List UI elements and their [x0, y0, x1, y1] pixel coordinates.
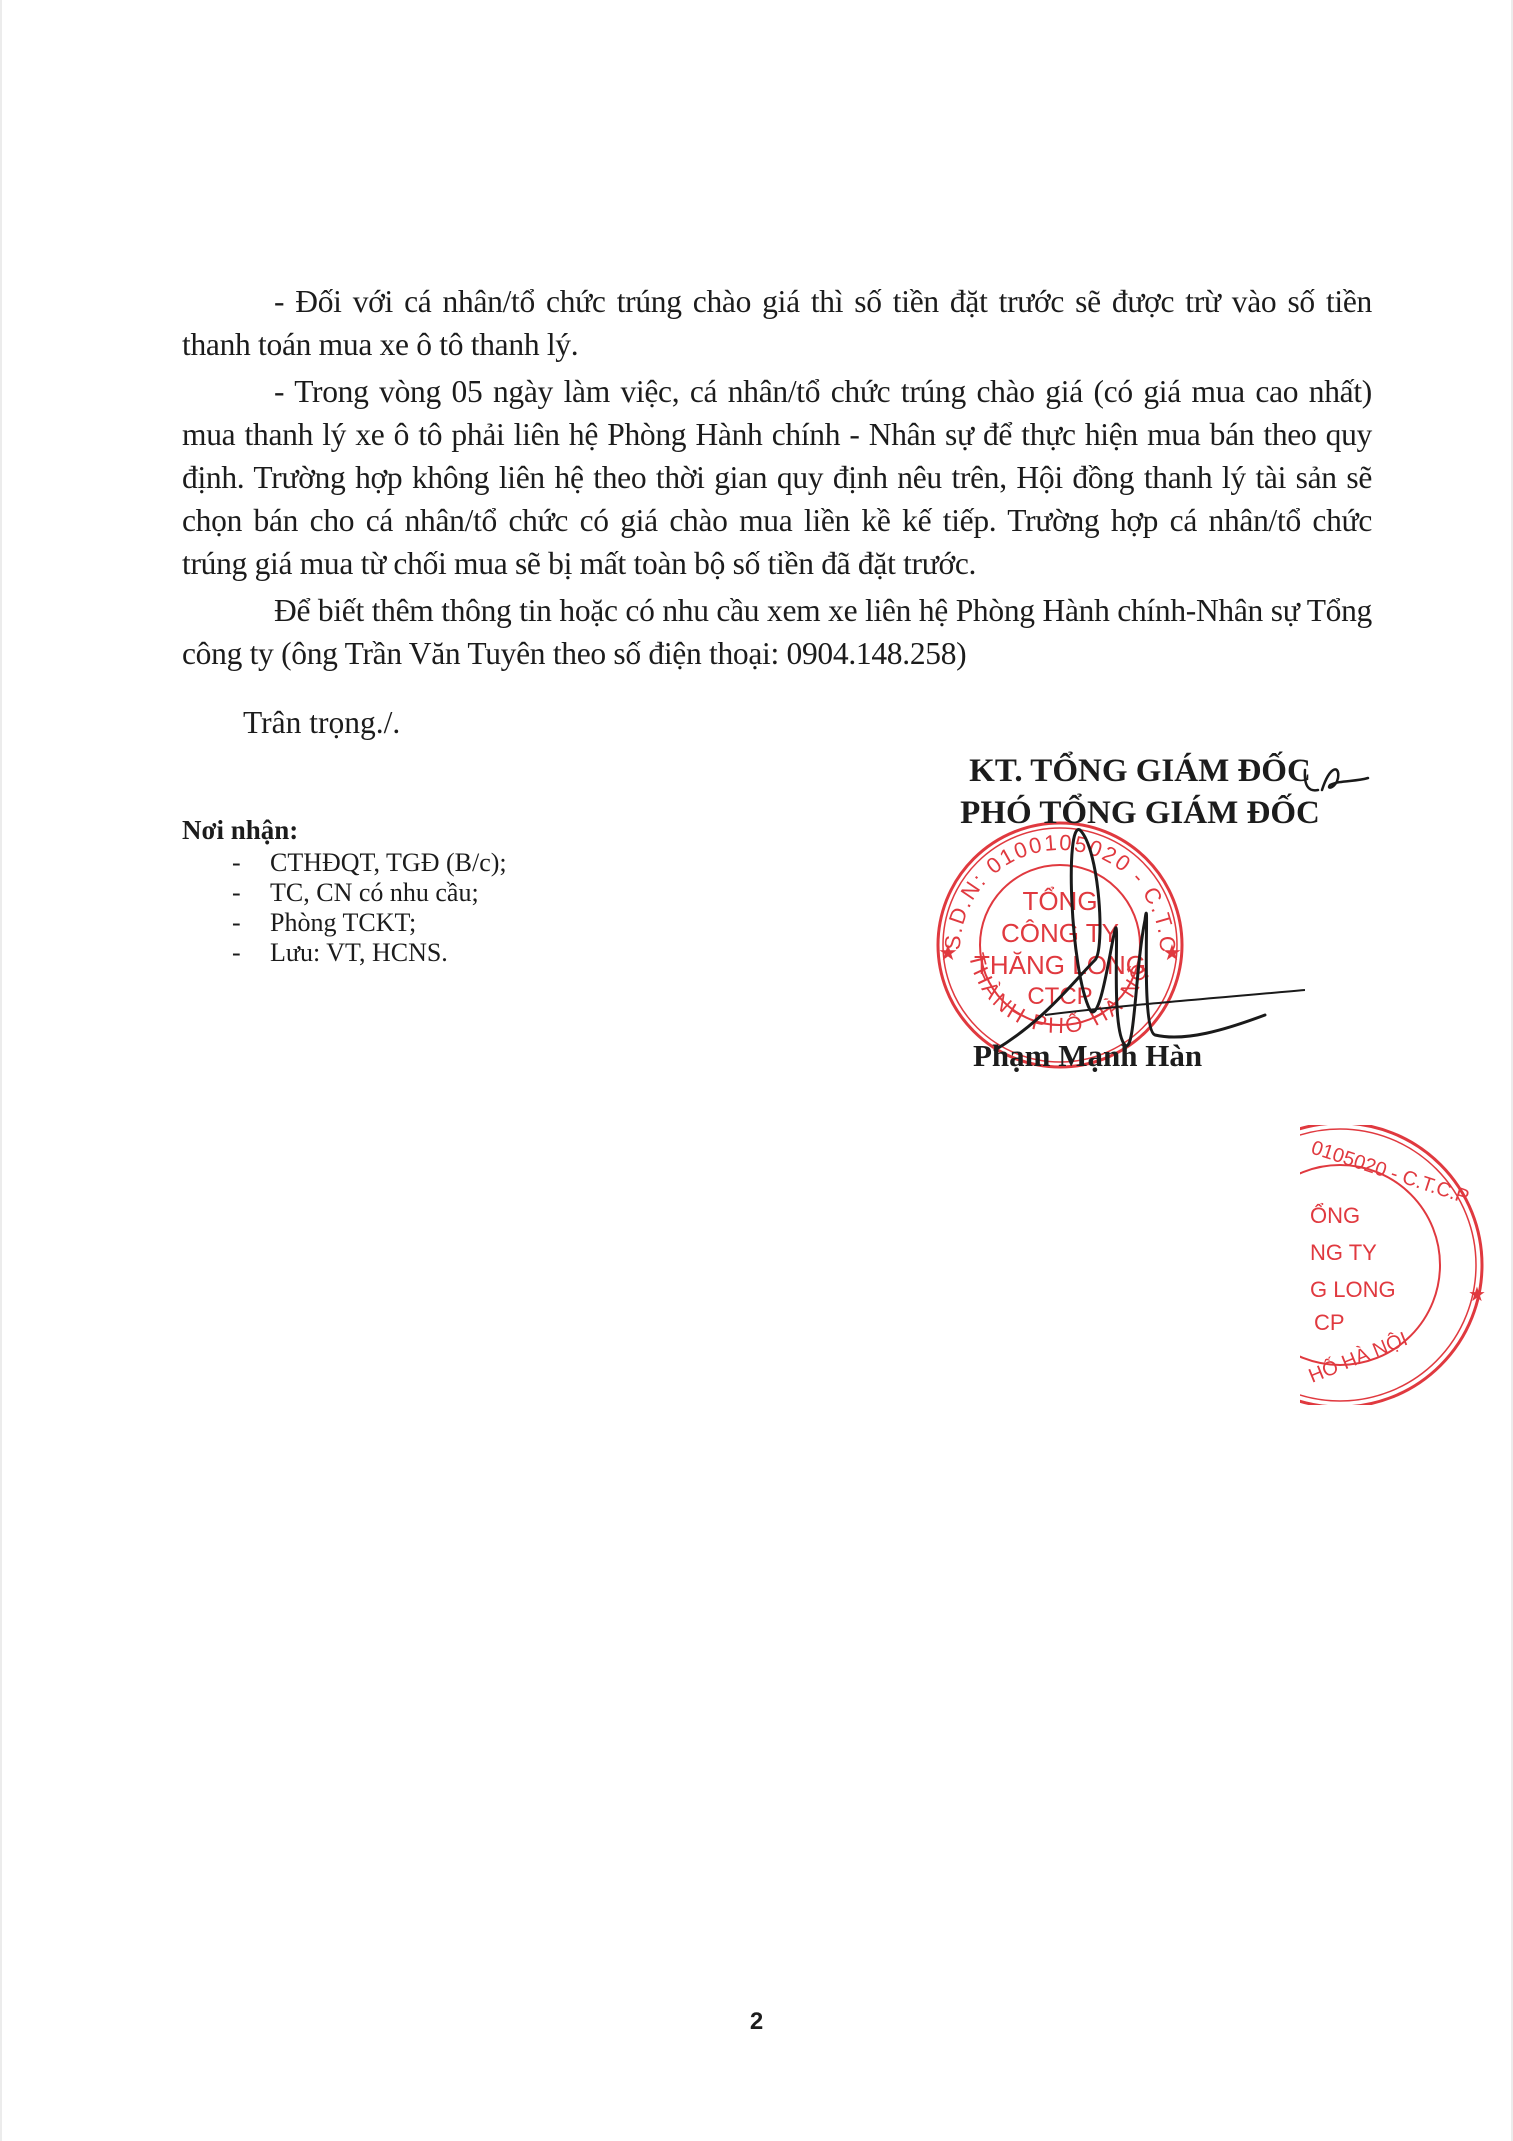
recipient-item: -CTHĐQT, TGĐ (B/c);: [182, 848, 507, 878]
svg-text:ỔNG: ỔNG: [1310, 1203, 1360, 1228]
recipient-label: TC, CN có nhu cầu;: [270, 878, 479, 907]
closing-salutation: Trân trọng./.: [243, 705, 400, 741]
recipients-title: Nơi nhận:: [182, 815, 507, 846]
svg-text:NG TY: NG TY: [1310, 1240, 1377, 1265]
svg-text:CP: CP: [1314, 1310, 1345, 1335]
svg-text:THÀNH PHỐ HÀ NỘI: THÀNH PHỐ HÀ NỘI: [920, 810, 1154, 1038]
paragraph-purchase-deadline: - Trong vòng 05 ngày làm việc, cá nhân/t…: [182, 370, 1372, 585]
document-body: - Đối với cá nhân/tổ chức trúng chào giá…: [182, 280, 1372, 675]
paragraph-deposit-deduction: - Đối với cá nhân/tổ chức trúng chào giá…: [182, 280, 1372, 366]
recipient-item: -TC, CN có nhu cầu;: [182, 878, 507, 908]
recipient-label: CTHĐQT, TGĐ (B/c);: [270, 848, 507, 877]
svg-text:G LONG: G LONG: [1310, 1277, 1396, 1302]
page-number: 2: [0, 2008, 1513, 2036]
signer-title: PHÓ TỔNG GIÁM ĐỐC: [900, 792, 1380, 834]
bullet-dash: -: [232, 848, 241, 878]
recipient-label: Phòng TCKT;: [270, 908, 416, 937]
recipients-list: -CTHĐQT, TGĐ (B/c); -TC, CN có nhu cầu; …: [182, 848, 507, 968]
signer-name: Phạm Mạnh Hàn: [973, 1038, 1202, 1074]
svg-text:THĂNG LONG: THĂNG LONG: [974, 950, 1146, 980]
handwritten-signature-icon: [985, 810, 1305, 1060]
svg-text:CÔNG TY: CÔNG TY: [1001, 918, 1119, 948]
svg-text:★: ★: [1468, 1284, 1486, 1306]
document-page: - Đối với cá nhân/tổ chức trúng chào giá…: [0, 0, 1513, 2141]
recipient-item: -Phòng TCKT;: [182, 908, 507, 938]
bullet-dash: -: [232, 938, 241, 968]
svg-text:★: ★: [938, 940, 958, 965]
svg-text:TỔNG: TỔNG: [1022, 886, 1097, 916]
signer-authority: KT. TỔNG GIÁM ĐỐC: [900, 750, 1380, 792]
scan-edge-left: [0, 0, 2, 2141]
partial-seal-icon: 0105020 - C.T.C.P HỐ HÀ NỘI ỔNG NG TY G …: [1300, 1125, 1513, 1405]
signature-block: KT. TỔNG GIÁM ĐỐC PHÓ TỔNG GIÁM ĐỐC: [900, 750, 1380, 834]
svg-text:CTCP: CTCP: [1027, 983, 1092, 1010]
recipient-item: -Lưu: VT, HCNS.: [182, 938, 507, 968]
recipient-label: Lưu: VT, HCNS.: [270, 938, 448, 967]
bullet-dash: -: [232, 908, 241, 938]
recipients-block: Nơi nhận: -CTHĐQT, TGĐ (B/c); -TC, CN có…: [182, 815, 507, 968]
svg-text:★: ★: [1162, 940, 1182, 965]
svg-text:HỐ HÀ NỘI: HỐ HÀ NỘI: [1305, 1326, 1411, 1387]
bullet-dash: -: [232, 878, 241, 908]
company-seal-icon: M.S.D.N: 0100105020 - C.T.C.P THÀNH PHỐ …: [920, 810, 1200, 1070]
paragraph-contact-info: Để biết thêm thông tin hoặc có nhu cầu x…: [182, 589, 1372, 675]
svg-text:0105020 - C.T.C.P: 0105020 - C.T.C.P: [1308, 1137, 1471, 1209]
